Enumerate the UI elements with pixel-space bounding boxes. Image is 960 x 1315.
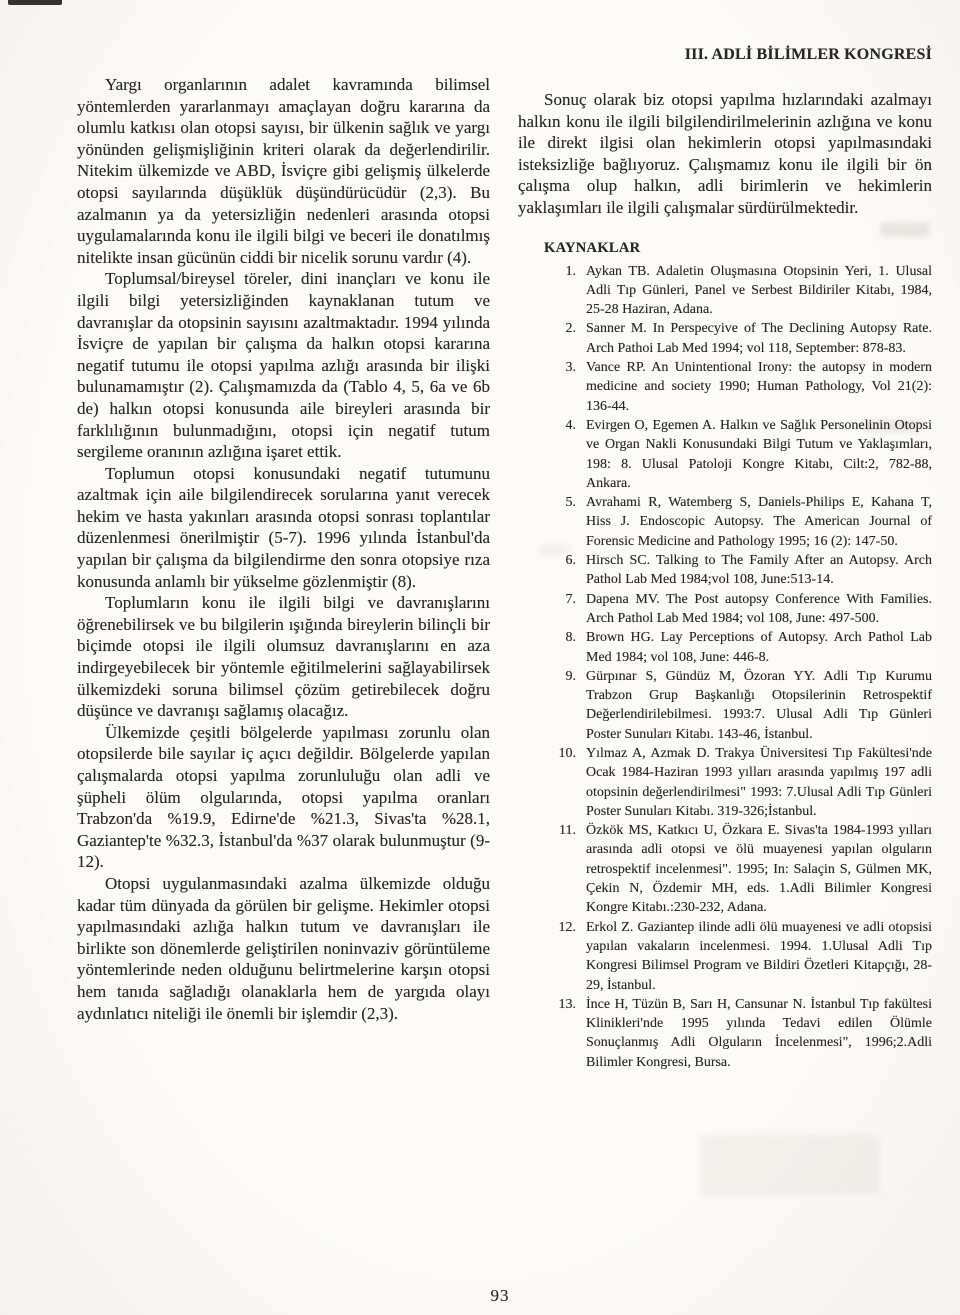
reference-item: 5. Avrahami R, Watemberg S, Daniels-Phil… xyxy=(542,493,932,551)
reference-item: 1. Aykan TB. Adaletin Oluşmasına Otopsin… xyxy=(542,262,932,320)
reference-number: 1. xyxy=(542,262,586,320)
reference-item: 4. Evirgen O, Egemen A. Halkın ve Sağlık… xyxy=(542,416,932,493)
references-heading: KAYNAKLAR xyxy=(544,240,932,257)
reference-item: 9. Gürpınar S, Gündüz M, Özoran YY. Adli… xyxy=(542,667,932,744)
body-paragraph: Yargı organlarının adalet kavramında bil… xyxy=(77,74,490,268)
reference-item: 10. Yılmaz A, Azmak D. Trakya Üniversite… xyxy=(542,744,932,821)
reference-text: Erkol Z. Gaziantep ilinde adli ölü muaye… xyxy=(586,918,932,995)
reference-text: Brown HG. Lay Perceptions of Autopsy. Ar… xyxy=(586,628,932,667)
running-header: III. ADLİ BİLİMLER KONGRESİ xyxy=(518,46,932,64)
reference-number: 10. xyxy=(542,744,586,821)
reference-text: Vance RP. An Unintentional Irony: the au… xyxy=(586,358,932,416)
body-paragraph: Toplumun otopsi konusundaki negatif tutu… xyxy=(77,463,490,593)
reference-text: Yılmaz A, Azmak D. Trakya Üniversitesi T… xyxy=(586,744,932,821)
scan-artifact-bar xyxy=(8,0,62,5)
reference-text: Özkök MS, Katkıcı U, Özkara E. Sivas'ta … xyxy=(586,821,932,917)
reference-item: 3. Vance RP. An Unintentional Irony: the… xyxy=(542,358,932,416)
page-number: 93 xyxy=(470,1286,530,1306)
body-paragraph: Toplumların konu ile ilgili bilgi ve dav… xyxy=(77,592,490,722)
scanned-page: Yargı organlarının adalet kavramında bil… xyxy=(0,0,960,1315)
body-paragraph: Otopsi uygulanmasındaki azalma ülkemizde… xyxy=(77,873,490,1024)
reference-item: 13. İnce H, Tüzün B, Sarı H, Cansunar N.… xyxy=(542,995,932,1072)
body-paragraph: Ülkemizde çeşitli bölgelerde yapılması z… xyxy=(77,722,490,873)
reference-text: Dapena MV. The Post autopsy Conference W… xyxy=(586,590,932,629)
reference-number: 7. xyxy=(542,590,586,629)
reference-item: 2. Sanner M. In Perspecyive of The Decli… xyxy=(542,319,932,358)
reference-item: 12. Erkol Z. Gaziantep ilinde adli ölü m… xyxy=(542,918,932,995)
reference-item: 7. Dapena MV. The Post autopsy Conferenc… xyxy=(542,590,932,629)
reference-text: Avrahami R, Watemberg S, Daniels-Philips… xyxy=(586,493,932,551)
reference-number: 3. xyxy=(542,358,586,416)
conclusion-paragraph: Sonuç olarak biz otopsi yapılma hızların… xyxy=(518,89,932,219)
reference-number: 8. xyxy=(542,628,586,667)
left-column: Yargı organlarının adalet kavramında bil… xyxy=(77,74,490,1024)
reference-number: 9. xyxy=(542,667,586,744)
reference-number: 6. xyxy=(542,551,586,590)
scan-smudge xyxy=(700,1135,880,1195)
reference-item: 6. Hirsch SC. Talking to The Family Afte… xyxy=(542,551,932,590)
reference-item: 11. Özkök MS, Katkıcı U, Özkara E. Sivas… xyxy=(542,821,932,917)
reference-number: 4. xyxy=(542,416,586,493)
reference-number: 13. xyxy=(542,995,586,1072)
body-paragraph: Toplumsal/bireysel töreler, dini inançla… xyxy=(77,268,490,462)
reference-text: Evirgen O, Egemen A. Halkın ve Sağlık Pe… xyxy=(586,416,932,493)
reference-number: 2. xyxy=(542,319,586,358)
reference-number: 11. xyxy=(542,821,586,917)
reference-text: Gürpınar S, Gündüz M, Özoran YY. Adli Tı… xyxy=(586,667,932,744)
reference-item: 8. Brown HG. Lay Perceptions of Autopsy.… xyxy=(542,628,932,667)
reference-text: Aykan TB. Adaletin Oluşmasına Otopsinin … xyxy=(586,262,932,320)
right-column: III. ADLİ BİLİMLER KONGRESİ Sonuç olarak… xyxy=(518,46,932,1072)
reference-text: Hirsch SC. Talking to The Family After a… xyxy=(586,551,932,590)
reference-number: 12. xyxy=(542,918,586,995)
reference-text: Sanner M. In Perspecyive of The Declinin… xyxy=(586,319,932,358)
reference-number: 5. xyxy=(542,493,586,551)
reference-text: İnce H, Tüzün B, Sarı H, Cansunar N. İst… xyxy=(586,995,932,1072)
